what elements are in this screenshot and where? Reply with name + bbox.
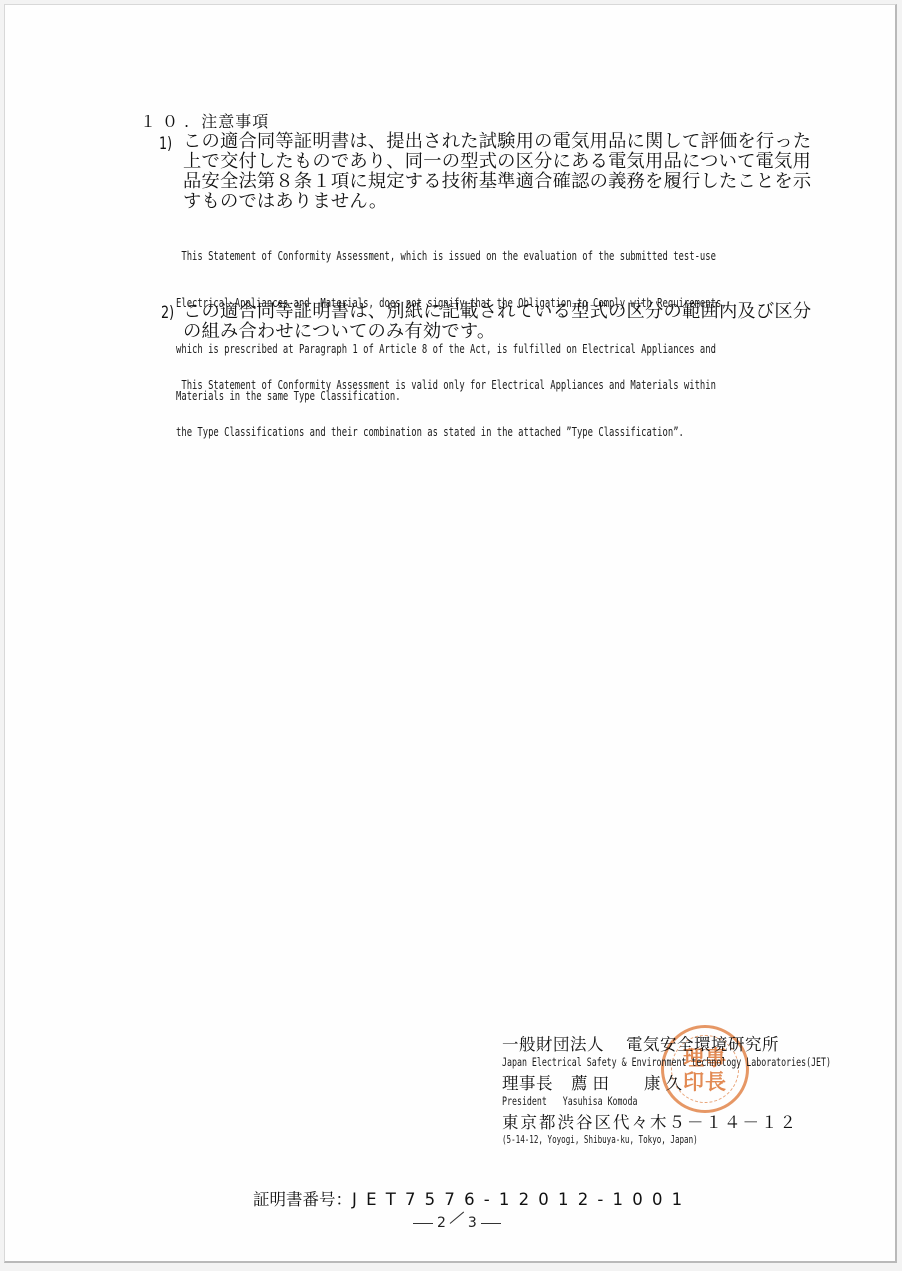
slash-decoration	[450, 1216, 464, 1230]
certificate-number-value: JET7576-12012-1001	[352, 1190, 691, 1209]
president-title: 理事長	[502, 1074, 553, 1093]
note-marker: 2)	[161, 303, 174, 323]
text-line: 上で交付したものであり、同一の型式の区分にある電気用品について電気用	[183, 152, 902, 172]
president-title-english: President	[502, 1094, 547, 1108]
note-marker: 1)	[159, 134, 172, 154]
document-page: １０. 注意事項 1) この適合同等証明書は、提出された試験用の電気用品に関して…	[4, 4, 897, 1263]
dash-decoration	[481, 1223, 501, 1224]
note-item: 2) この適合同等証明書は、別紙に記載されている型式の区分の範囲内及び区分 の組…	[161, 302, 902, 471]
text-line: この適合同等証明書は、提出された試験用の電気用品に関して評価を行った	[183, 132, 902, 152]
total-pages: 3	[468, 1215, 477, 1231]
dash-decoration	[413, 1223, 433, 1224]
president-name-japanese: 理事長薦田康久	[502, 1074, 902, 1094]
text-line: This Statement of Conformity Assessment …	[176, 378, 716, 394]
president-given-name: 康久	[644, 1074, 687, 1093]
page-number: 23	[409, 1215, 505, 1231]
section-heading: １０. 注意事項	[140, 109, 269, 132]
address-japanese: 東京都渋谷区代々木５－１４－１２	[502, 1113, 902, 1133]
text-line: the Type Classifications and their combi…	[176, 425, 716, 441]
president-name-english: PresidentYasuhisa Komoda	[502, 1094, 831, 1108]
address-english: (5-14-12, Yoyogi, Shibuya-ku, Tokyo, Jap…	[502, 1133, 831, 1147]
note-text-japanese: この適合同等証明書は、別紙に記載されている型式の区分の範囲内及び区分 の組み合わ…	[183, 302, 902, 342]
president-family-name: 薦田	[571, 1074, 614, 1093]
text-line: の組み合わせについてのみ有効です。	[183, 322, 902, 342]
certificate-number: 証明書番号：JET7576-12012-1001	[253, 1186, 691, 1210]
certificate-number-label: 証明書番号：	[253, 1190, 352, 1209]
issuer-block: 一般財団法人電気安全環境研究所 Japan Electrical Safety …	[502, 1035, 902, 1147]
organization-name: 電気安全環境研究所	[626, 1035, 779, 1054]
president-name: Yasuhisa Komoda	[563, 1094, 638, 1108]
current-page: 2	[437, 1215, 446, 1231]
note-text-english: This Statement of Conformity Assessment …	[176, 347, 716, 471]
text-line: すものではありません。	[183, 192, 902, 212]
organization-name-english: Japan Electrical Safety & Environment te…	[502, 1055, 831, 1069]
note-text-japanese: この適合同等証明書は、提出された試験用の電気用品に関して評価を行った 上で交付し…	[183, 132, 902, 212]
text-line: 品安全法第８条１項に規定する技術基準適合確認の義務を履行したことを示	[183, 172, 902, 192]
text-line: この適合同等証明書は、別紙に記載されている型式の区分の範囲内及び区分	[183, 302, 902, 322]
text-line: This Statement of Conformity Assessment,…	[176, 249, 727, 265]
section-number: １０.	[140, 112, 195, 131]
section-title: 注意事項	[201, 112, 269, 131]
organization-type: 一般財団法人	[502, 1035, 604, 1054]
organization-name-japanese: 一般財団法人電気安全環境研究所	[502, 1035, 902, 1055]
